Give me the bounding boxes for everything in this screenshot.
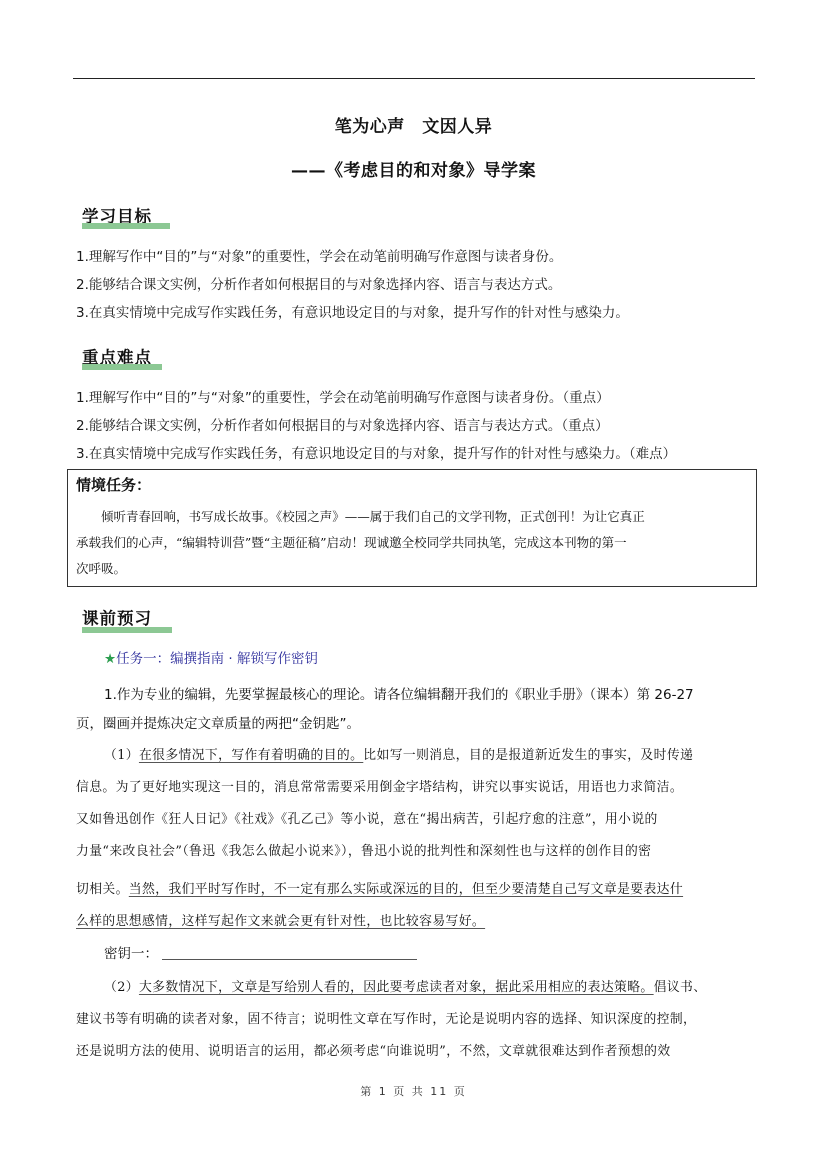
scenario-line: 次呼吸。 bbox=[76, 559, 748, 577]
page-footer: 第 1 页 共 11 页 bbox=[0, 1083, 827, 1099]
page-subtitle: ——《考虑目的和对象》导学案 bbox=[0, 156, 827, 181]
key-1-label: 密钥一： bbox=[104, 946, 158, 962]
key-1-row: 密钥一： bbox=[104, 942, 417, 962]
key-1-answer-blank[interactable] bbox=[162, 959, 417, 960]
passage-1-line: 力量“来改良社会”（鲁迅《我怎么做起小说来》），鲁迅小说的批判性和深刻性也与这样… bbox=[76, 840, 651, 859]
section-heading-label: 课前预习 bbox=[82, 609, 152, 628]
section-heading-key-points: 重点难点 bbox=[82, 344, 152, 368]
passage-text: 比如写一则消息，目的是报道新近发生的事实，及时传递 bbox=[363, 748, 693, 763]
question-1-line: 页，圈画并提炼决定文章质量的两把“金钥匙”。 bbox=[76, 712, 360, 732]
heading-underline-bar bbox=[82, 364, 162, 370]
underlined-text: 么样的思想感情，这样写起作文来就会更有针对性，也比较容易写好。 bbox=[76, 914, 485, 929]
objective-item: 3.在真实情境中完成写作实践任务，有意识地设定目的与对象，提升写作的针对性与感染… bbox=[76, 301, 629, 321]
passage-2-line: 建议书等有明确的读者对象，固不待言；说明性文章在写作时，无论是说明内容的选择、知… bbox=[76, 1008, 696, 1027]
section-heading-objectives: 学习目标 bbox=[82, 203, 152, 227]
scenario-box: 情境任务： 倾听青春回响，书写成长故事。《校园之声》——属于我们自己的文学刊物，… bbox=[67, 469, 757, 587]
scenario-heading: 情境任务： bbox=[76, 474, 151, 495]
task-title: 编撰指南 · 解锁写作密钥 bbox=[170, 651, 318, 667]
underlined-text: 当然，我们平时写作时，不一定有那么实际或深远的目的，但至少要清楚自己写文章是要表… bbox=[129, 882, 683, 897]
task-one-heading: ★任务一：编撰指南 · 解锁写作密钥 bbox=[104, 647, 318, 667]
objective-item: 1.理解写作中“目的”与“对象”的重要性，学会在动笔前明确写作意图与读者身份。 bbox=[76, 245, 562, 265]
passage-1-line: 信息。为了更好地实现这一目的，消息常常需要采用倒金字塔结构，讲究以事实说话，用语… bbox=[76, 776, 683, 795]
underlined-text: 大多数情况下，文章是写给别人看的，因此要考虑读者对象，据此采用相应的表达策略。 bbox=[139, 980, 654, 995]
key-point-item: 1.理解写作中“目的”与“对象”的重要性，学会在动笔前明确写作意图与读者身份。（… bbox=[76, 386, 610, 406]
page-title: 笔为心声 文因人异 bbox=[0, 112, 827, 137]
header-rule bbox=[73, 78, 755, 79]
question-1-line: 1.作为专业的编辑，先要掌握最核心的理论。请各位编辑翻开我们的《职业手册》（课本… bbox=[104, 683, 694, 703]
task-prefix: 任务一： bbox=[116, 651, 170, 667]
objective-item: 2.能够结合课文实例，分析作者如何根据目的与对象选择内容、语言与表达方式。 bbox=[76, 273, 561, 293]
passage-number: （2） bbox=[104, 980, 139, 995]
key-point-item: 3.在真实情境中完成写作实践任务，有意识地设定目的与对象，提升写作的针对性与感染… bbox=[76, 442, 676, 462]
key-point-item: 2.能够结合课文实例，分析作者如何根据目的与对象选择内容、语言与表达方式。（重点… bbox=[76, 414, 609, 434]
scenario-line: 倾听青春回响，书写成长故事。《校园之声》——属于我们自己的文学刊物，正式创刊！为… bbox=[76, 507, 748, 525]
scenario-line: 承载我们的心声，“编辑特训营”暨“主题征稿”启动！现诚邀全校同学共同执笔，完成这… bbox=[76, 533, 748, 551]
passage-1-line: 又如鲁迅创作《狂人日记》《社戏》《孔乙己》等小说，意在“揭出病苦，引起疗愈的注意… bbox=[76, 808, 658, 827]
passage-1-line: （1）在很多情况下，写作有着明确的目的。比如写一则消息，目的是报道新近发生的事实… bbox=[104, 744, 693, 763]
passage-2-line: （2）大多数情况下，文章是写给别人看的，因此要考虑读者对象，据此采用相应的表达策… bbox=[104, 976, 706, 995]
passage-1-line: 切相关。当然，我们平时写作时，不一定有那么实际或深远的目的，但至少要清楚自己写文… bbox=[76, 878, 683, 897]
passage-text: 倡议书、 bbox=[654, 980, 707, 995]
star-icon: ★ bbox=[104, 651, 116, 667]
heading-underline-bar bbox=[82, 627, 172, 633]
passage-number: （1） bbox=[104, 748, 139, 763]
heading-underline-bar bbox=[82, 223, 170, 229]
passage-1-line: 么样的思想感情，这样写起作文来就会更有针对性，也比较容易写好。 bbox=[76, 910, 485, 929]
underlined-text: 在很多情况下，写作有着明确的目的。 bbox=[139, 748, 363, 763]
passage-text: 切相关。 bbox=[76, 882, 129, 897]
section-heading-preview: 课前预习 bbox=[82, 605, 152, 629]
passage-2-line: 还是说明方法的使用、说明语言的运用，都必须考虑“向谁说明”，不然，文章就很难达到… bbox=[76, 1040, 671, 1059]
